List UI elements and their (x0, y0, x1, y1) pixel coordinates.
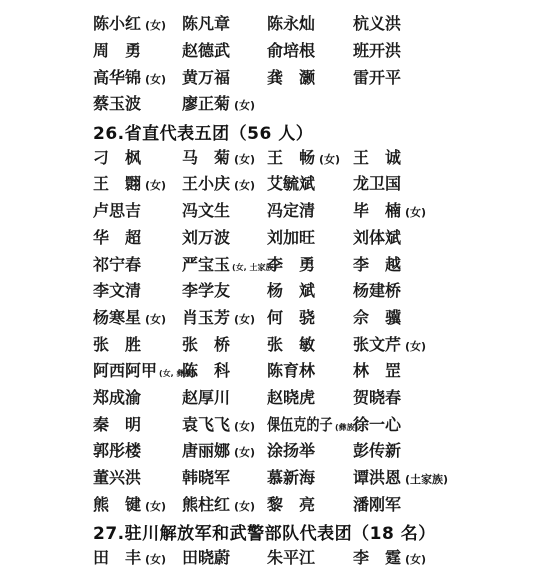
delegate-name: 周 勇 (93, 43, 141, 59)
delegate-name: 杨建桥 (353, 283, 401, 299)
delegate-row: 祁宁春严宝玉(女, 土家族)李 勇李 越 (93, 251, 550, 278)
delegate-cell: 赵晓虎 (267, 390, 353, 406)
delegate-name: 艾毓斌 (267, 176, 315, 192)
delegate-name: 熊 键 (93, 497, 141, 513)
delegate-cell: 俞培根 (267, 43, 353, 59)
delegate-cell: 袁飞飞(女) (182, 417, 267, 433)
delegate-cell: 马 菊(女) (182, 150, 267, 166)
delegate-cell: 黎 亮 (267, 497, 353, 513)
delegate-cell: 陈永灿 (267, 16, 353, 32)
delegate-name: 李 霆 (353, 550, 401, 566)
delegate-cell: 贺晓春 (353, 390, 442, 406)
gender-ethnic-note: (女) (234, 180, 255, 191)
delegate-cell: 佘 骥 (353, 310, 442, 326)
delegate-name: 王 翾 (93, 176, 141, 192)
delegate-cell: 雷开平 (353, 70, 442, 86)
gender-ethnic-note: (女) (234, 447, 255, 458)
gender-ethnic-note: (女) (145, 74, 166, 85)
delegate-cell: 张文芹(女) (353, 337, 442, 353)
delegate-name: 谭洪恩 (353, 470, 401, 486)
delegate-cell: 杨建桥 (353, 283, 442, 299)
delegate-name: 刘万波 (182, 230, 230, 246)
delegate-cell: 刘万波 (182, 230, 267, 246)
delegate-cell: 艾毓斌 (267, 176, 353, 192)
delegate-list-page: 陈小红(女)陈凡章陈永灿杭义洪周 勇赵德武俞培根班开洪高华锦(女)黄万福龚 灏雷… (0, 0, 550, 583)
delegate-row: 郑成渝赵厚川赵晓虎贺晓春 (93, 385, 550, 412)
delegate-name: 王小庆 (182, 176, 230, 192)
delegate-name: 何 骁 (267, 310, 315, 326)
delegate-name: 林 罡 (353, 363, 401, 379)
delegate-cell: 彭传新 (353, 443, 442, 459)
delegate-cell: 董兴洪 (93, 470, 182, 486)
delegate-cell: 熊柱红(女) (182, 497, 267, 513)
gender-ethnic-note: (女) (234, 100, 255, 111)
delegate-name: 严宝玉 (182, 257, 230, 273)
delegate-name: 陈 科 (182, 363, 230, 379)
delegate-name: 彭传新 (353, 443, 401, 459)
delegate-cell: 赵德武 (182, 43, 267, 59)
delegate-row: 杨寒星(女)肖玉芳(女)何 骁佘 骥 (93, 305, 550, 332)
delegate-name: 张 敏 (267, 337, 315, 353)
delegate-cell: 刁 枫 (93, 150, 182, 166)
section-header: 27.驻川解放军和武警部队代表团（18 名） (93, 519, 436, 544)
delegate-cell: 班开洪 (353, 43, 442, 59)
delegate-name: 杨寒星 (93, 310, 141, 326)
delegate-name: 李文清 (93, 283, 141, 299)
delegate-row: 王 翾(女)王小庆(女)艾毓斌龙卫国 (93, 171, 550, 198)
delegate-name: 王 畅 (267, 150, 315, 166)
delegate-cell: 陈育林 (267, 363, 353, 379)
delegate-cell: 倮伍克的子(彝族) (267, 417, 353, 433)
delegate-name: 肖玉芳 (182, 310, 230, 326)
delegate-row: 蔡玉波廖正菊(女) (93, 91, 550, 118)
delegate-name: 郑成渝 (93, 390, 141, 406)
delegate-cell: 黄万福 (182, 70, 267, 86)
delegate-row: 熊 键(女)熊柱红(女)黎 亮潘刚军 (93, 491, 550, 518)
delegate-name: 秦 明 (93, 417, 141, 433)
delegate-name: 赵厚川 (182, 390, 230, 406)
delegate-cell: 华 超 (93, 230, 182, 246)
delegate-row: 阿西阿甲(女, 彝族)陈 科陈育林林 罡 (93, 358, 550, 385)
delegate-name: 华 超 (93, 230, 141, 246)
delegate-name: 俞培根 (267, 43, 315, 59)
delegate-cell: 何 骁 (267, 310, 353, 326)
delegate-cell: 赵厚川 (182, 390, 267, 406)
gender-ethnic-note: (女) (234, 421, 255, 432)
delegate-row: 田 丰(女)田晓蔚朱平江李 霆(女) (93, 545, 550, 572)
delegate-name: 李 勇 (267, 257, 315, 273)
delegate-cell: 韩晓军 (182, 470, 267, 486)
delegate-name: 董兴洪 (93, 470, 141, 486)
delegate-name: 李 越 (353, 257, 401, 273)
gender-ethnic-note: (女) (234, 501, 255, 512)
delegate-cell: 熊 键(女) (93, 497, 182, 513)
gender-ethnic-note: (女) (405, 341, 426, 352)
delegate-row: 董兴洪韩晓军慕新海谭洪恩(土家族) (93, 465, 550, 492)
delegate-name: 慕新海 (267, 470, 315, 486)
delegate-name: 马 菊 (182, 150, 230, 166)
delegate-name: 熊柱红 (182, 497, 230, 513)
delegate-cell: 唐丽娜(女) (182, 443, 267, 459)
delegate-row: 高华锦(女)黄万福龚 灏雷开平 (93, 64, 550, 91)
delegate-name: 潘刚军 (353, 497, 401, 513)
delegate-cell: 肖玉芳(女) (182, 310, 267, 326)
delegate-cell: 慕新海 (267, 470, 353, 486)
delegate-name: 黄万福 (182, 70, 230, 86)
delegate-row: 秦 明袁飞飞(女)倮伍克的子(彝族)徐一心 (93, 411, 550, 438)
delegate-name: 张 胜 (93, 337, 141, 353)
delegate-name: 陈永灿 (267, 16, 315, 32)
delegate-name: 廖正菊 (182, 96, 230, 112)
delegate-cell: 陈凡章 (182, 16, 267, 32)
delegate-cell: 张 敏 (267, 337, 353, 353)
delegate-cell: 秦 明 (93, 417, 182, 433)
delegate-name: 刘体斌 (353, 230, 401, 246)
delegate-name: 杭义洪 (353, 16, 401, 32)
delegate-cell: 廖正菊(女) (182, 96, 267, 112)
delegate-cell: 李 勇 (267, 257, 353, 273)
gender-ethnic-note: (女) (145, 501, 166, 512)
delegate-cell: 朱平江 (267, 550, 353, 566)
delegate-cell: 涂扬举 (267, 443, 353, 459)
delegate-cell: 张 胜 (93, 337, 182, 353)
delegate-name: 龙卫国 (353, 176, 401, 192)
delegate-cell: 李 越 (353, 257, 442, 273)
delegate-name: 陈小红 (93, 16, 141, 32)
delegate-name: 朱平江 (267, 550, 315, 566)
delegate-name: 王 诚 (353, 150, 401, 166)
delegate-name: 赵德武 (182, 43, 230, 59)
delegate-name: 毕 楠 (353, 203, 401, 219)
delegate-cell: 王 诚 (353, 150, 442, 166)
delegate-cell: 周 勇 (93, 43, 182, 59)
delegate-cell: 潘刚军 (353, 497, 442, 513)
delegate-cell: 卢思吉 (93, 203, 182, 219)
delegate-cell: 徐一心 (353, 417, 442, 433)
delegate-cell: 王 畅(女) (267, 150, 353, 166)
delegate-name: 涂扬举 (267, 443, 315, 459)
delegate-cell: 阿西阿甲(女, 彝族) (93, 363, 182, 379)
delegate-name: 田晓蔚 (182, 550, 230, 566)
delegate-cell: 田 丰(女) (93, 550, 182, 566)
section-header-row: 27.驻川解放军和武警部队代表团（18 名） (93, 518, 550, 545)
delegate-name: 陈育林 (267, 363, 315, 379)
delegate-cell: 郑成渝 (93, 390, 182, 406)
gender-ethnic-note: (女) (145, 20, 166, 31)
delegate-cell: 郭彤楼 (93, 443, 182, 459)
delegate-name: 高华锦 (93, 70, 141, 86)
delegate-name: 刁 枫 (93, 150, 141, 166)
delegate-name: 冯定清 (267, 203, 315, 219)
delegate-row: 卢思吉冯文生冯定清毕 楠(女) (93, 198, 550, 225)
delegate-name: 郭彤楼 (93, 443, 141, 459)
delegate-cell: 谭洪恩(土家族) (353, 470, 442, 486)
delegate-name: 陈凡章 (182, 16, 230, 32)
gender-ethnic-note: (女) (405, 554, 426, 565)
delegate-cell: 严宝玉(女, 土家族) (182, 257, 267, 273)
delegate-row: 郭彤楼唐丽娜(女)涂扬举彭传新 (93, 438, 550, 465)
delegate-name: 唐丽娜 (182, 443, 230, 459)
delegate-name: 刘加旺 (267, 230, 315, 246)
delegate-cell: 李文清 (93, 283, 182, 299)
delegate-cell: 祁宁春 (93, 257, 182, 273)
delegate-name: 徐一心 (353, 417, 401, 433)
delegate-name: 李学友 (182, 283, 230, 299)
gender-ethnic-note: (女) (234, 154, 255, 165)
delegate-name: 雷开平 (353, 70, 401, 86)
gender-ethnic-note: (女) (145, 180, 166, 191)
delegate-name: 袁飞飞 (182, 417, 230, 433)
gender-ethnic-note: (女) (145, 554, 166, 565)
delegate-cell: 龚 灏 (267, 70, 353, 86)
gender-ethnic-note: (女) (405, 207, 426, 218)
delegate-name: 佘 骥 (353, 310, 401, 326)
delegate-cell: 杭义洪 (353, 16, 442, 32)
delegate-cell: 王小庆(女) (182, 176, 267, 192)
delegate-cell: 刘加旺 (267, 230, 353, 246)
delegate-name: 赵晓虎 (267, 390, 315, 406)
delegate-name: 韩晓军 (182, 470, 230, 486)
delegate-row: 张 胜张 桥张 敏张文芹(女) (93, 331, 550, 358)
delegate-name: 卢思吉 (93, 203, 141, 219)
delegate-cell: 陈 科 (182, 363, 267, 379)
delegate-row: 陈小红(女)陈凡章陈永灿杭义洪 (93, 11, 550, 38)
delegate-name: 祁宁春 (93, 257, 141, 273)
delegate-name: 张文芹 (353, 337, 401, 353)
gender-ethnic-note: (女) (234, 314, 255, 325)
delegate-cell: 冯定清 (267, 203, 353, 219)
delegate-name: 杨 斌 (267, 283, 315, 299)
delegate-cell: 陈小红(女) (93, 16, 182, 32)
section-header-row: 26.省直代表五团（56 人） (93, 118, 550, 145)
delegate-cell: 刘体斌 (353, 230, 442, 246)
gender-ethnic-note: (女) (319, 154, 340, 165)
delegate-row: 刁 枫马 菊(女)王 畅(女)王 诚 (93, 144, 550, 171)
delegate-cell: 王 翾(女) (93, 176, 182, 192)
delegate-row: 周 勇赵德武俞培根班开洪 (93, 38, 550, 65)
delegate-name: 蔡玉波 (93, 96, 141, 112)
delegate-name: 龚 灏 (267, 70, 315, 86)
delegate-name: 田 丰 (93, 550, 141, 566)
delegate-row: 李文清李学友杨 斌杨建桥 (93, 278, 550, 305)
section-header: 26.省直代表五团（56 人） (93, 119, 313, 144)
delegate-name: 黎 亮 (267, 497, 315, 513)
delegate-cell: 高华锦(女) (93, 70, 182, 86)
delegate-name: 倮伍克的子 (267, 417, 333, 433)
delegate-name: 冯文生 (182, 203, 230, 219)
delegate-cell: 龙卫国 (353, 176, 442, 192)
delegate-cell: 田晓蔚 (182, 550, 267, 566)
delegate-cell: 毕 楠(女) (353, 203, 442, 219)
delegate-name: 阿西阿甲 (93, 363, 157, 379)
delegate-cell: 林 罡 (353, 363, 442, 379)
delegate-name: 贺晓春 (353, 390, 401, 406)
delegate-cell: 蔡玉波 (93, 96, 182, 112)
delegate-cell: 冯文生 (182, 203, 267, 219)
delegate-row: 华 超刘万波刘加旺刘体斌 (93, 225, 550, 252)
delegate-name: 班开洪 (353, 43, 401, 59)
delegate-cell: 张 桥 (182, 337, 267, 353)
delegate-cell: 李学友 (182, 283, 267, 299)
gender-ethnic-note: (女) (145, 314, 166, 325)
gender-ethnic-note: (土家族) (405, 474, 448, 485)
delegate-cell: 杨 斌 (267, 283, 353, 299)
delegate-name: 张 桥 (182, 337, 230, 353)
delegate-cell: 杨寒星(女) (93, 310, 182, 326)
delegate-cell: 李 霆(女) (353, 550, 442, 566)
